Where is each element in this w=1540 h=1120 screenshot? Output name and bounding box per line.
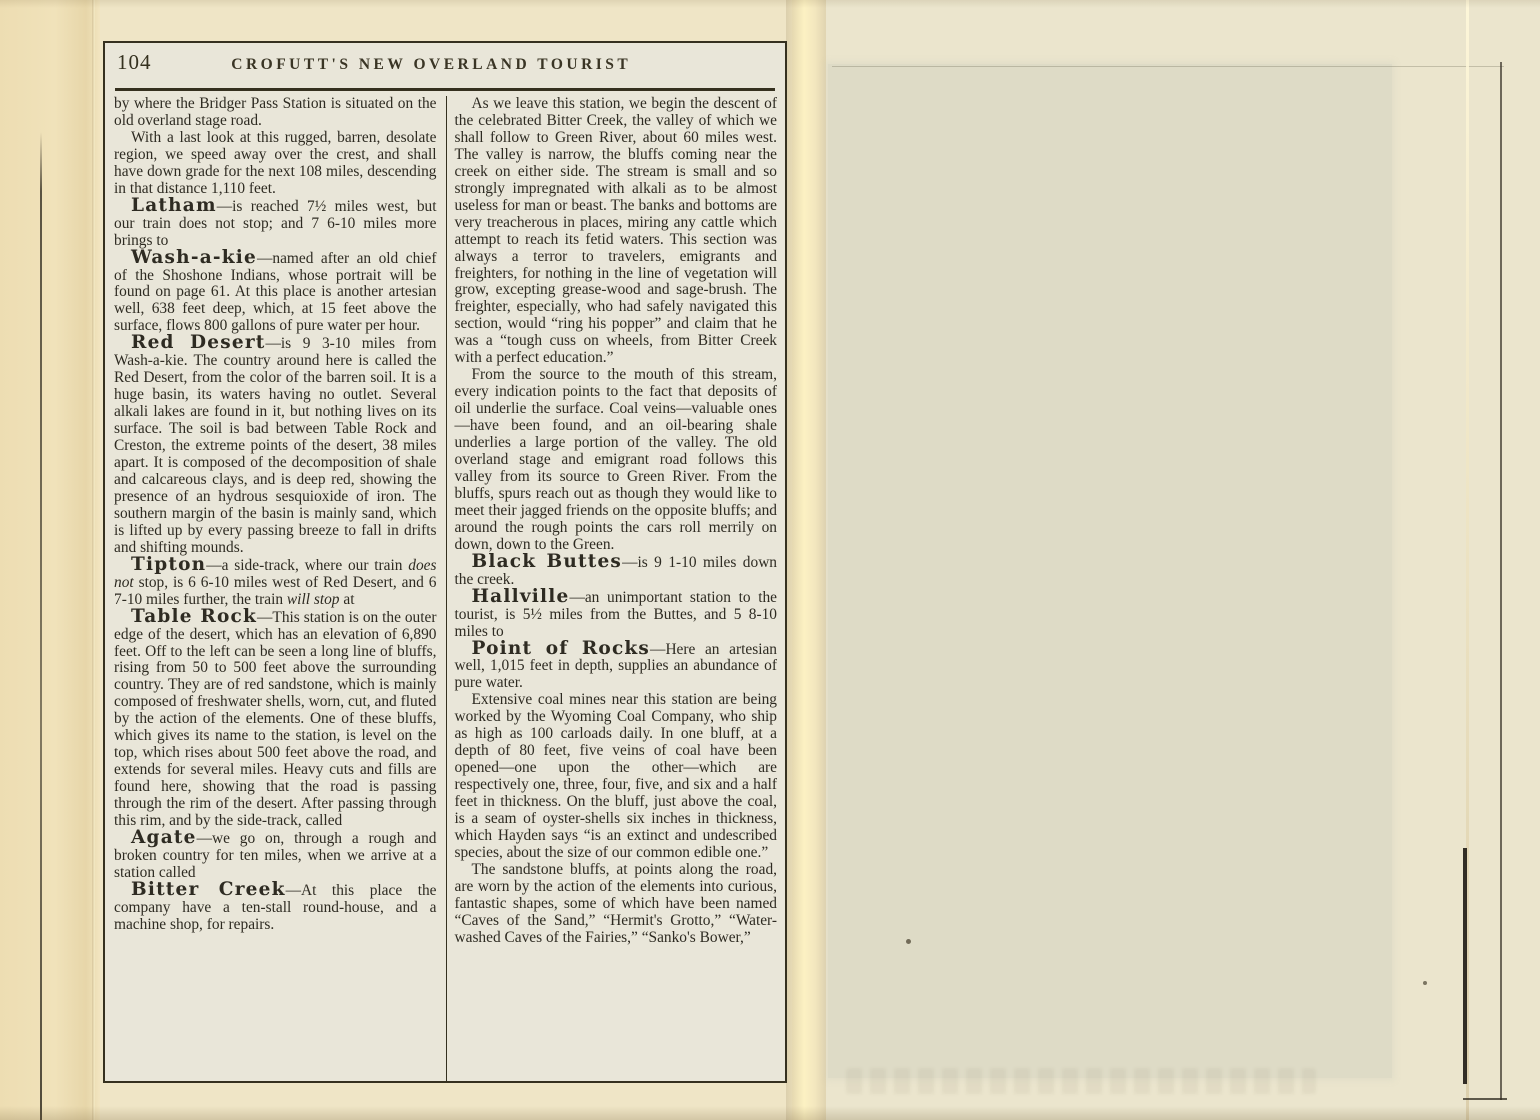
left-column: by where the Bridger Pass Station is sit… xyxy=(114,96,446,1082)
text-columns: by where the Bridger Pass Station is sit… xyxy=(114,96,777,1082)
text-run: —a side-track, where our train xyxy=(206,557,408,574)
bottom-edge-shadow xyxy=(0,1106,1540,1120)
paragraph: From the source to the mouth of this str… xyxy=(455,367,778,553)
station-name: Tipton xyxy=(131,554,206,575)
next-page-border-corner xyxy=(1463,1098,1507,1100)
showthrough-border-line xyxy=(832,66,1504,67)
paragraph: Red Desert—is 9 3-10 miles from Wash-a-k… xyxy=(114,335,437,556)
paragraph: Latham—is reached 7½ miles west, but our… xyxy=(114,198,437,250)
paragraph: The sandstone bluffs, at points along th… xyxy=(455,862,778,947)
text-run: From the source to the mouth of this str… xyxy=(455,366,778,553)
text-run: —is 9 3-10 miles from Wash-a-kie. The co… xyxy=(114,335,437,555)
text-run: With a last look at this rugged, barren,… xyxy=(114,129,437,197)
ghost-text-impression xyxy=(846,1068,1316,1094)
text-run: As we leave this station, we begin the d… xyxy=(455,96,778,366)
ink-speck xyxy=(906,939,911,944)
station-name: Agate xyxy=(131,827,197,848)
station-name: Black Buttes xyxy=(472,551,623,572)
station-name: Latham xyxy=(131,195,217,216)
showthrough-discoloration xyxy=(828,64,1392,1078)
paragraph: Black Buttes—is 9 1-10 miles down the cr… xyxy=(455,554,778,589)
paragraph: As we leave this station, we begin the d… xyxy=(455,96,778,367)
column-divider-rule xyxy=(446,96,447,1082)
text-run: —This station is on the outer edge of th… xyxy=(114,609,437,829)
paragraph: With a last look at this rugged, barren,… xyxy=(114,130,437,198)
right-column: As we leave this station, we begin the d… xyxy=(446,96,778,1082)
paragraph: by where the Bridger Pass Station is sit… xyxy=(114,96,437,130)
book-left-page-edge xyxy=(0,0,100,1120)
text-run: stop, is 6 6-10 miles west of Red Desert… xyxy=(114,574,437,608)
paragraph: Hallville—an unimportant station to the … xyxy=(455,589,778,641)
text-run: will stop xyxy=(287,591,340,608)
paragraph: Extensive coal mines near this station a… xyxy=(455,692,778,862)
header-rule xyxy=(115,88,775,91)
page-header: 104 CROFUTT'S NEW OVERLAND TOURIST xyxy=(105,43,785,83)
page-number: 104 xyxy=(117,50,152,75)
text-run: at xyxy=(340,591,355,608)
text-run: Extensive coal mines near this station a… xyxy=(455,691,778,861)
top-edge-shadow xyxy=(0,0,1540,8)
next-page-border-line-dark xyxy=(1463,848,1467,1084)
station-name: Wash-a-kie xyxy=(131,247,257,268)
text-run: The sandstone bluffs, at points along th… xyxy=(455,861,778,946)
text-run: by where the Bridger Pass Station is sit… xyxy=(114,96,437,129)
running-title: CROFUTT'S NEW OVERLAND TOURIST xyxy=(152,56,772,74)
station-name: Point of Rocks xyxy=(472,638,651,659)
station-name: Red Desert xyxy=(131,332,266,353)
printed-page-frame: 104 CROFUTT'S NEW OVERLAND TOURIST by wh… xyxy=(103,41,787,1083)
paragraph: Bitter Creek—At this place the company h… xyxy=(114,882,437,934)
next-page-border-line xyxy=(1500,62,1502,1100)
underlying-page-border-line xyxy=(40,132,42,1120)
ink-speck xyxy=(1423,981,1427,985)
paragraph: Agate—we go on, through a rough and brok… xyxy=(114,830,437,882)
station-name: Table Rock xyxy=(131,606,257,627)
paragraph: Point of Rocks—Here an artesian well, 1,… xyxy=(455,641,778,693)
page-fold-crease xyxy=(92,0,95,1120)
paragraph: Wash-a-kie—named after an old chief of t… xyxy=(114,250,437,336)
station-name: Bitter Creek xyxy=(131,879,286,900)
paragraph: Tipton—a side-track, where our train doe… xyxy=(114,557,437,609)
station-name: Hallville xyxy=(472,586,570,607)
paragraph: Table Rock—This station is on the outer … xyxy=(114,609,437,830)
